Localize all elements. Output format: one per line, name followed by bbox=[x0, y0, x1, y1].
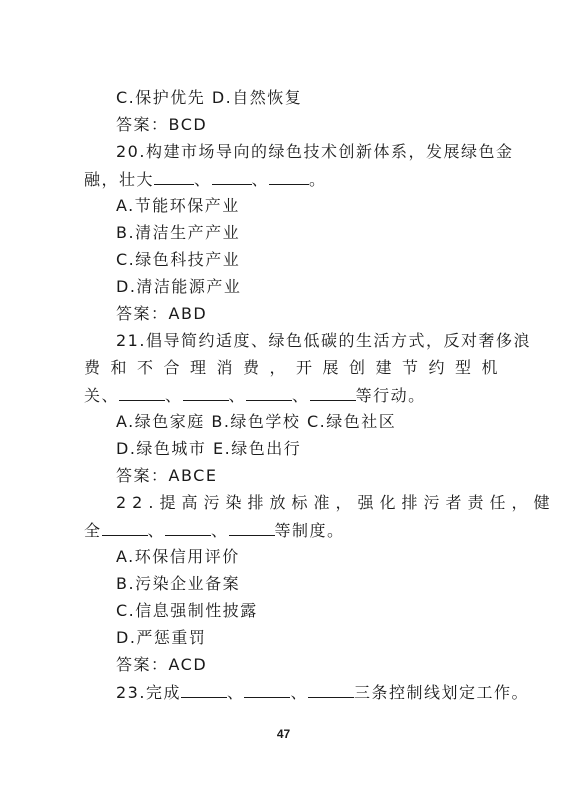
option-c: C.信息强制性披露 bbox=[84, 601, 497, 621]
option-a: A.节能环保产业 bbox=[84, 196, 497, 216]
separator: 、 bbox=[227, 683, 245, 702]
separator: 、 bbox=[292, 386, 310, 405]
question-22-line-1: 22.提高污染排放标准，强化排污者责任，健 bbox=[84, 493, 497, 513]
question-21-line-1: 21.倡导简约适度、绿色低碳的生活方式，反对奢侈浪 bbox=[84, 331, 497, 351]
options-de: D.绿色城市 E.绿色出行 bbox=[84, 439, 497, 459]
separator: 、 bbox=[165, 386, 183, 405]
question-20-line-1: 20.构建市场导向的绿色技术创新体系，发展绿色金 bbox=[84, 142, 497, 162]
text-segment: 等行动。 bbox=[356, 386, 426, 405]
document-page: C.保护优先 D.自然恢复 答案：BCD 20.构建市场导向的绿色技术创新体系，… bbox=[0, 0, 567, 793]
separator: 、 bbox=[290, 683, 308, 702]
separator: 、 bbox=[194, 170, 212, 189]
answer-line: 答案：ABCE bbox=[84, 466, 497, 486]
fill-blank bbox=[308, 682, 354, 698]
fill-blank bbox=[244, 682, 290, 698]
fill-blank bbox=[154, 169, 194, 185]
fill-blank bbox=[212, 169, 252, 185]
option-c: C.绿色科技产业 bbox=[84, 250, 497, 270]
separator: 、 bbox=[211, 521, 229, 540]
fill-blank bbox=[102, 520, 148, 536]
fill-blank bbox=[181, 682, 227, 698]
fill-blank bbox=[310, 385, 356, 401]
question-21-line-3: 关、、、、等行动。 bbox=[84, 385, 497, 406]
separator: 、 bbox=[252, 170, 270, 189]
option-a: A.环保信用评价 bbox=[84, 547, 497, 567]
question-20-line-2: 融，壮大、、。 bbox=[84, 169, 497, 190]
question-21-line-2: 费和不合理消费，开展创建节约型机 bbox=[84, 358, 497, 378]
fill-blank bbox=[246, 385, 292, 401]
fill-blank bbox=[119, 385, 165, 401]
separator: 、 bbox=[229, 386, 247, 405]
answer-line: 答案：ABD bbox=[84, 304, 497, 324]
text-segment: 等制度。 bbox=[275, 521, 345, 540]
question-23-line-1: 23.完成、、三条控制线划定工作。 bbox=[84, 682, 497, 703]
text-segment: 三条控制线划定工作。 bbox=[354, 683, 529, 702]
text-segment: 全 bbox=[84, 521, 102, 540]
option-d: D.严惩重罚 bbox=[84, 628, 497, 648]
page-number: 47 bbox=[0, 727, 567, 741]
option-line: C.保护优先 D.自然恢复 bbox=[84, 88, 497, 108]
option-b: B.污染企业备案 bbox=[84, 574, 497, 594]
answer-line: 答案：BCD bbox=[84, 115, 497, 135]
question-22-line-2: 全、、等制度。 bbox=[84, 520, 497, 541]
text-segment: 融，壮大 bbox=[84, 170, 154, 189]
fill-blank bbox=[229, 520, 275, 536]
option-d: D.清洁能源产业 bbox=[84, 277, 497, 297]
options-abc: A.绿色家庭 B.绿色学校 C.绿色社区 bbox=[84, 412, 497, 432]
text-segment: 23.完成 bbox=[116, 683, 181, 702]
fill-blank bbox=[269, 169, 309, 185]
text-segment: 关、 bbox=[84, 386, 119, 405]
fill-blank bbox=[183, 385, 229, 401]
fill-blank bbox=[165, 520, 211, 536]
text-segment: 。 bbox=[309, 170, 327, 189]
separator: 、 bbox=[148, 521, 166, 540]
option-b: B.清洁生产产业 bbox=[84, 223, 497, 243]
answer-line: 答案：ACD bbox=[84, 655, 497, 675]
